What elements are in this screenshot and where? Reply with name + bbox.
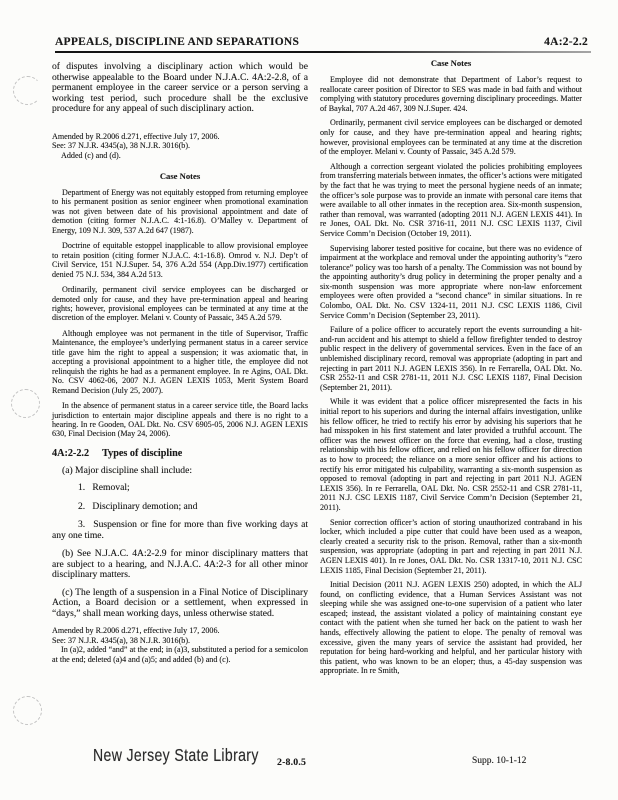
case-note: Employee did not demonstrate that Depart…	[320, 75, 582, 113]
case-note: Ordinarily, permanent civil service empl…	[52, 285, 308, 323]
case-note: While it was evident that a police offic…	[320, 397, 582, 512]
supplement-date: Supp. 10-1-12	[472, 756, 526, 766]
case-notes-heading: Case Notes	[320, 58, 582, 68]
case-note: Although a correction sergeant violated …	[320, 162, 582, 239]
regulation-paragraph-a: (a) Major discipline shall include:	[52, 466, 308, 477]
amendment-line: See: 37 N.J.R. 4345(a), 38 N.J.R. 3016(b…	[52, 141, 308, 151]
case-notes-heading: Case Notes	[52, 171, 308, 181]
section-heading: 4A:2-2.2Types of discipline	[52, 448, 308, 459]
regulation-item-1: 1. Removal;	[52, 483, 308, 494]
amendment-line: Amended by R.2006 d.271, effective July …	[52, 626, 308, 636]
hole-punch-mark	[11, 389, 40, 418]
amendment-note: Amended by R.2006 d.271, effective July …	[52, 626, 308, 664]
hole-punch-mark	[13, 76, 42, 105]
amendment-line: Amended by R.2006 d.271, effective July …	[52, 132, 308, 142]
chapter-title: APPEALS, DISCIPLINE AND SEPARATIONS	[55, 36, 299, 48]
amendment-line: Added (c) and (d).	[52, 151, 308, 161]
left-column: of disputes involving a disciplinary act…	[52, 62, 308, 664]
regulation-continuation-paragraph: of disputes involving a disciplinary act…	[52, 62, 308, 115]
case-note: In the absence of permanent status in a …	[52, 401, 308, 439]
case-note: Senior correction officer’s action of st…	[320, 518, 582, 576]
case-note: Initial Decision (2011 N.J. AGEN LEXIS 2…	[320, 580, 582, 676]
regulation-paragraph-b: (b) See N.J.A.C. 4A:2-2.9 for minor disc…	[52, 549, 308, 581]
case-note: Doctrine of equitable estoppel inapplica…	[52, 241, 308, 279]
case-note: Supervising laborer tested positive for …	[320, 244, 582, 321]
section-number: 4A:2-2.2	[52, 448, 89, 459]
section-title: Types of discipline	[102, 448, 182, 459]
regulation-paragraph-c: (c) The length of a suspension in a Fina…	[52, 588, 308, 620]
running-header: APPEALS, DISCIPLINE AND SEPARATIONS 4A:2…	[55, 36, 588, 48]
regulation-item-2: 2. Disciplinary demotion; and	[52, 502, 308, 513]
right-column: Case Notes Employee did not demonstrate …	[320, 58, 582, 681]
regulation-item-3: 3. Suspension or fine for more than five…	[52, 520, 308, 541]
amendment-line: In (a)2, added “and” at the end; in (a)3…	[52, 645, 308, 664]
case-note: Ordinarily, permanent civil service empl…	[320, 118, 582, 156]
case-note: Department of Energy was not equitably e…	[52, 188, 308, 235]
header-rule	[55, 51, 591, 53]
page-number: 2-8.0.5	[277, 757, 306, 768]
library-stamp: New Jersey State Library	[93, 747, 259, 766]
case-note: Although employee was not permanent in t…	[52, 329, 308, 395]
hole-punch-mark	[13, 696, 42, 725]
amendment-note: Amended by R.2006 d.271, effective July …	[52, 132, 308, 161]
amendment-line: See: 37 N.J.R. 4345(a), 38 N.J.R. 3016(b…	[52, 636, 308, 646]
document-page: APPEALS, DISCIPLINE AND SEPARATIONS 4A:2…	[0, 0, 618, 800]
case-note: Failure of a police officer to accuratel…	[320, 325, 582, 392]
section-number-header: 4A:2-2.2	[544, 36, 588, 48]
